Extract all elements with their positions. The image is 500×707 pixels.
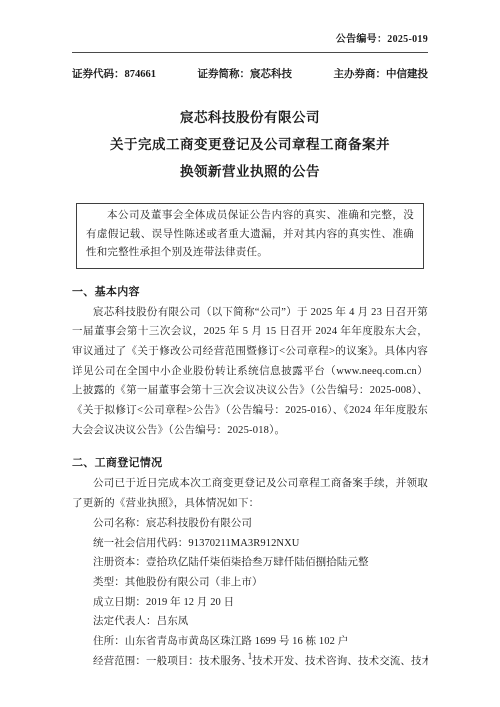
info-item-company-type: 类型：其他股份有限公司（非上市） (72, 573, 428, 593)
info-item-legal-representative: 法定代表人：吕东凤 (72, 612, 428, 632)
section2-paragraph: 公司已于近日完成本次工商变更登记及公司章程工商备案手续，并领取了更新的《营业执照… (72, 474, 428, 513)
board-declaration-box: 本公司及董事会全体成员保证公告内容的真实、准确和完整，没有虚假记载、误导性陈述或… (76, 203, 424, 269)
section2-heading: 二、工商登记情况 (72, 454, 428, 473)
registration-info-list: 公司名称：宸芯科技股份有限公司 统一社会信用代码：91370211MA3R912… (72, 514, 428, 672)
title-line-announcement: 换领新营业执照的公告 (72, 158, 428, 185)
info-item-credit-code: 统一社会信用代码：91370211MA3R912NXU (72, 534, 428, 554)
document-title: 宸芯科技股份有限公司 关于完成工商变更登记及公司章程工商备案并 换领新营业执照的… (72, 104, 428, 185)
info-item-founding-date: 成立日期：2019 年 12 月 20 日 (72, 593, 428, 613)
announcement-page: 公告编号：2025-019 证券代码：874661 证券简称：宸芯科技 主办券商… (0, 0, 500, 707)
title-line-company: 宸芯科技股份有限公司 (72, 104, 428, 131)
section1-heading: 一、基本内容 (72, 283, 428, 302)
section1-paragraph: 宸芯科技股份有限公司（以下简称“公司”）于 2025 年 4 月 23 日召开第… (72, 303, 428, 441)
stock-short-name-label: 证券简称：宸芯科技 (198, 68, 293, 82)
announcement-number: 公告编号：2025-019 (72, 30, 428, 53)
stock-code-label: 证券代码：874661 (72, 68, 156, 82)
page-number: 1 (0, 651, 500, 661)
title-line-subject: 关于完成工商变更登记及公司章程工商备案并 (72, 131, 428, 158)
sponsor-label: 主办券商：中信建投 (334, 68, 429, 82)
info-item-address: 住所：山东省青岛市黄岛区珠江路 1699 号 16 栋 102 户 (72, 632, 428, 652)
board-declaration-text: 本公司及董事会全体成员保证公告内容的真实、准确和完整，没有虚假记载、误导性陈述或… (86, 207, 414, 263)
info-item-company-name: 公司名称：宸芯科技股份有限公司 (72, 514, 428, 534)
securities-header-row: 证券代码：874661 证券简称：宸芯科技 主办券商：中信建投 (72, 68, 428, 82)
info-item-registered-capital: 注册资本：壹拾玖亿陆仟柒佰柒拾叁万肆仟陆佰捌拾陆元整 (72, 553, 428, 573)
